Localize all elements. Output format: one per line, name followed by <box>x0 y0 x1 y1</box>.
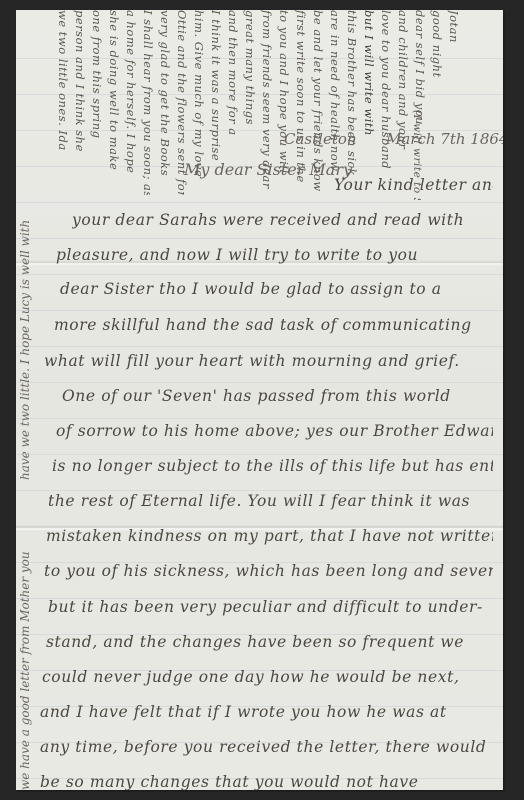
body-line: could never judge one day how he would b… <box>42 668 493 686</box>
ruled-line <box>16 454 503 455</box>
body-line: pleasure, and now I will try to write to… <box>56 246 493 264</box>
margin-note-lower: we have a good letter from Mother you <box>18 480 46 790</box>
cross-line: person and I think she <box>73 10 87 195</box>
body-line: the rest of Eternal life. You will I fea… <box>48 492 493 510</box>
cross-line: one from this spring <box>90 10 104 195</box>
body-line: mistaken kindness on my part, that I hav… <box>46 527 493 545</box>
cross-line: she is doing well to make <box>107 10 121 195</box>
body-line: what will fill your heart with mourning … <box>44 352 493 370</box>
body-line: but it has been very peculiar and diffic… <box>48 598 493 616</box>
body-line: any time, before you received the letter… <box>40 738 493 756</box>
cross-line: very glad to get the Books <box>158 10 172 195</box>
body-line: Your kind letter and <box>334 176 493 194</box>
body-line: is no longer subject to the ills of this… <box>52 457 493 475</box>
cross-line: love to you dear husband <box>379 10 393 195</box>
ruled-line <box>16 382 503 383</box>
salutation: My dear Sister Mary <box>184 160 352 179</box>
body-line: be so many changes that you would not ha… <box>40 773 493 790</box>
body-line: more skillful hand the sad task of commu… <box>54 316 493 334</box>
cross-line: Jotan <box>447 10 461 195</box>
letter-place: Castleton <box>284 130 357 148</box>
body-line: and I have felt that if I wrote you how … <box>40 703 493 721</box>
letter-page: we two little ones. Ida person and I thi… <box>16 10 503 790</box>
body-line: stand, and the changes have been so freq… <box>46 633 493 651</box>
body-line: of sorrow to his home above; yes our Bro… <box>56 422 493 440</box>
cross-line: and children and your <box>396 10 410 195</box>
ruled-line <box>16 310 503 311</box>
ruled-line <box>16 346 503 347</box>
ruled-line <box>16 202 503 203</box>
ruled-line <box>16 418 503 419</box>
ruled-line <box>16 238 503 239</box>
letter-date: March 7th 1864 <box>386 130 503 148</box>
body-line: One of our 'Seven' has passed from this … <box>62 387 493 405</box>
cross-line: we two little ones. Ida <box>56 10 70 195</box>
body-line: to you of his sickness, which has been l… <box>44 562 493 580</box>
body-line: your dear Sarahs were received and read … <box>72 211 493 229</box>
cross-line: good night <box>430 10 444 195</box>
ruled-line <box>16 274 503 275</box>
cross-line: but I will write with <box>362 10 376 195</box>
body-line: dear Sister tho I would be glad to assig… <box>60 280 493 298</box>
cross-line: I shall hear from you soon; as <box>141 10 155 195</box>
cross-line: a home for herself. I hope <box>124 10 138 195</box>
margin-note-upper: have we two little. I hope Lucy is well … <box>18 180 46 480</box>
ruled-line <box>16 490 503 491</box>
